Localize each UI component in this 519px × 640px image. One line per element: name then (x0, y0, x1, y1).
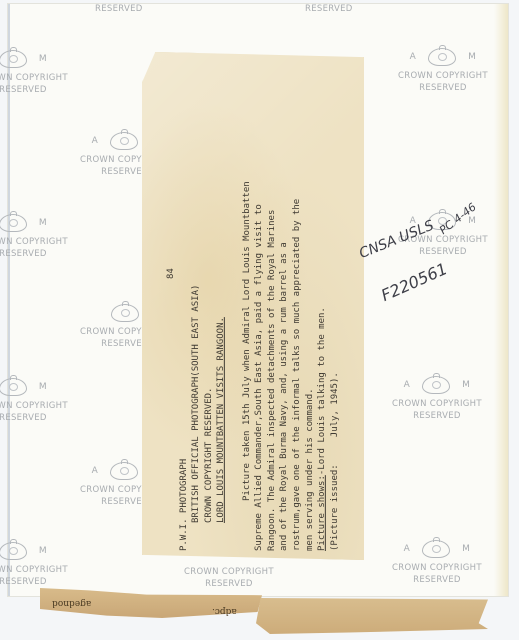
watermark-initial: M (39, 545, 47, 557)
watermark-initial: M (39, 381, 47, 393)
watermark-initial: A (404, 543, 410, 555)
watermark-line1: CROWN COPYRIGHT (398, 70, 488, 82)
watermark: M CROWN COPYRIGHT RESERVED (0, 378, 68, 424)
caption-body-line: and of the Royal Burma Navy, and, using … (279, 242, 289, 551)
crown-crest-icon (0, 214, 27, 232)
caption-body-line: Picture taken 15th July when Admiral Lor… (241, 181, 251, 551)
crown-crest-icon (428, 48, 456, 66)
watermark-line2: RESERVED (0, 248, 68, 260)
watermark-line1: CROWN COPYRIGHT (0, 564, 68, 576)
caption-body-line: rostrum,gave one of the informal talks s… (292, 199, 302, 551)
watermark-initial: M (462, 379, 470, 391)
crown-crest-icon (110, 132, 138, 150)
watermark-initial: A (92, 135, 98, 147)
watermark: M CROWN COPYRIGHT RESERVED (0, 50, 68, 96)
crown-crest-icon (422, 376, 450, 394)
watermark-line2: RESERVED (95, 3, 143, 15)
watermark-initial: A (410, 51, 416, 63)
watermark-line2: RESERVED (0, 84, 68, 96)
watermark-line2: RESERVED (398, 246, 488, 258)
watermark-line1: CROWN COPYRIGHT (392, 398, 482, 410)
watermark-line2: RESERVED (398, 82, 488, 94)
watermark-line1: CROWN COPYRIGHT (0, 400, 68, 412)
caption-body-line: men serving under his command. (304, 388, 314, 551)
tape-text: agednod (52, 598, 91, 608)
picture-shows-label: Picture shows: (317, 475, 327, 551)
watermark-line2: RESERVED (0, 576, 68, 588)
watermark: CROWN COPYRIGHT RESERVED (184, 566, 274, 590)
paper-edge-right (494, 4, 508, 596)
watermark-initial: M (39, 53, 47, 65)
watermark-initial: M (468, 51, 476, 63)
picture-issued: (Picture issued: July, 1945). (330, 372, 340, 551)
crown-crest-icon (0, 378, 27, 396)
watermark: AM CROWN COPYRIGHT RESERVED (392, 376, 482, 422)
watermark-line2: RESERVED (392, 410, 482, 422)
caption-body-line: Supreme Allied Commander,South East Asia… (254, 204, 264, 551)
watermark: AM CROWN COPYRIGHT RESERVED (398, 48, 488, 94)
watermark: AM CROWN COPYRIGHT RESERVED (392, 540, 482, 586)
crown-crest-icon (111, 304, 139, 322)
caption-headline: LORD LOUIS MOUNTBATTEN VISITS RANGOON. (216, 317, 226, 551)
caption-body-line: Rangoon. The Admiral inspected detachmen… (267, 210, 277, 551)
watermark-initial: M (39, 217, 47, 229)
watermark: M CROWN COPYRIGHT RESERVED (0, 542, 68, 588)
watermark-initial: A (92, 465, 98, 477)
watermark-line2: RESERVED (305, 3, 353, 15)
watermark-line1: CROWN COPYRIGHT (184, 566, 274, 578)
reference-number: 84 (165, 61, 178, 551)
tape-text: adpc. (212, 606, 237, 616)
crown-crest-icon (110, 462, 138, 480)
caption-header-line2: BRITISH OFFICIAL PHOTOGRAPH(SOUTH EAST A… (191, 285, 201, 551)
watermark-line2: RESERVED (392, 574, 482, 586)
caption-header-line1: P.W.I. PHOTOGRAPH (178, 459, 188, 551)
watermark-line1: CROWN COPYRIGHT (0, 72, 68, 84)
tape-remnant (256, 598, 488, 634)
caption-text: 84P.W.I. PHOTOGRAPH BRITISH OFFICIAL PHO… (165, 61, 341, 551)
watermark: RESERVED (305, 3, 353, 15)
crown-crest-icon (0, 542, 27, 560)
watermark-line1: CROWN COPYRIGHT (0, 236, 68, 248)
caption-header-line3: CROWN COPYRIGHT RESERVED. (204, 388, 214, 551)
caption-label: 84P.W.I. PHOTOGRAPH BRITISH OFFICIAL PHO… (142, 52, 364, 560)
watermark-initial: A (404, 379, 410, 391)
watermark-line2: RESERVED (0, 412, 68, 424)
watermark-line2: RESERVED (184, 578, 274, 590)
crown-crest-icon (0, 50, 27, 68)
watermark-initial: M (462, 543, 470, 555)
watermark: RESERVED (95, 3, 143, 15)
crown-crest-icon (422, 540, 450, 558)
picture-shows-text: -Lord Louis talking to the men. (317, 307, 327, 475)
watermark-line1: CROWN COPYRIGHT (392, 562, 482, 574)
watermark: M CROWN COPYRIGHT RESERVED (0, 214, 68, 260)
